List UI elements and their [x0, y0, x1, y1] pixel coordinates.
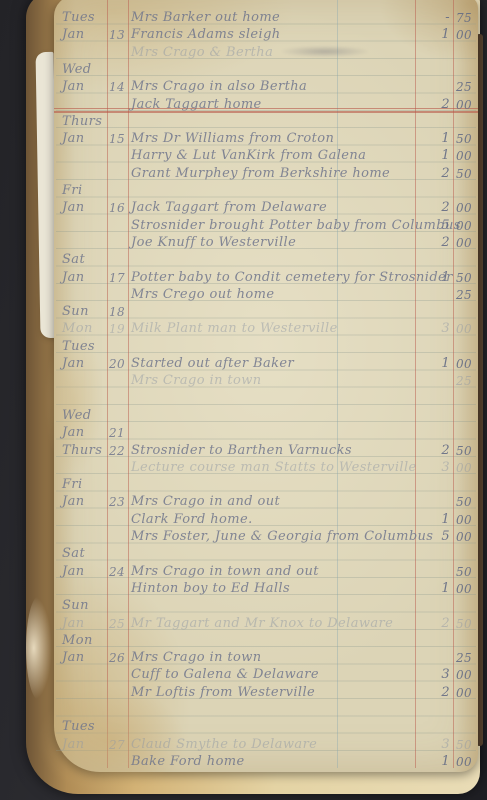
ledger-row: Jan 16 Jack Taggart from Delaware 2 00 — [54, 200, 478, 218]
amount-dollars: 2 — [418, 443, 450, 459]
amount-cents: 00 — [456, 200, 480, 216]
amount-dollars: 5 — [418, 218, 450, 234]
entry-day-number: 13 — [106, 27, 128, 43]
entry-day: Thurs — [62, 114, 108, 130]
amount-dollars: 1 — [418, 27, 450, 43]
amount-cents: 00 — [456, 235, 480, 251]
ledger-row: Jan 21 — [54, 425, 478, 443]
amount-cents: 00 — [456, 97, 480, 113]
entry-month: Jan — [62, 27, 108, 43]
ledger-row: Jan 23 Mrs Crago in and out 50 — [54, 494, 478, 512]
ledger-row: Jan 13 Francis Adams sleigh 1 00 — [54, 27, 478, 45]
amount-cents: 25 — [456, 79, 480, 95]
amount-cents: 50 — [456, 270, 480, 286]
amount-dollars: 2 — [418, 97, 450, 113]
entry-month: Jan — [62, 131, 108, 147]
ledger-row: Cuff to Galena & Delaware 3 00 — [54, 667, 478, 685]
ledger-row: Sat — [54, 252, 478, 270]
entry-text: Started out after Baker — [131, 356, 431, 372]
entry-month: Jan — [62, 356, 108, 372]
amount-cents: 50 — [456, 737, 480, 753]
ledger-page: Tues Mrs Barker out home - 75 Jan 13 Fra… — [54, 0, 478, 772]
ledger-row: Jan 14 Mrs Crago in also Bertha 25 — [54, 79, 478, 97]
ledger-row: Fri — [54, 477, 478, 495]
entry-month: Jan — [62, 616, 108, 632]
entry-day-number: 20 — [106, 356, 128, 372]
entry-day: Fri — [62, 477, 108, 493]
entry-text: Mrs Crago in and out — [131, 494, 431, 510]
worn-edge-patch — [26, 596, 52, 700]
ledger-row: Lecture course man Statts to Westerville… — [54, 460, 478, 478]
entry-text: Mr Loftis from Westerville — [131, 685, 431, 701]
ledger-row: Harry & Lut VanKirk from Galena 1 00 — [54, 148, 478, 166]
entry-text: Mrs Dr Williams from Croton — [131, 131, 431, 147]
ledger-row: Sun — [54, 598, 478, 616]
amount-cents: 00 — [456, 685, 480, 701]
amount-dollars: 1 — [418, 581, 450, 597]
amount-cents: 50 — [456, 131, 480, 147]
ledger-row: Wed — [54, 62, 478, 80]
ledger-row: Jan 15 Mrs Dr Williams from Croton 1 50 — [54, 131, 478, 149]
entry-text: Mrs Crego out home — [131, 287, 431, 303]
entry-text: Mrs Crago in town and out — [131, 564, 431, 580]
amount-cents: 00 — [456, 512, 480, 528]
entry-day: Tues — [62, 10, 108, 26]
entry-text: Hinton boy to Ed Halls — [131, 581, 431, 597]
amount-dollars: 2 — [418, 166, 450, 182]
amount-dollars: 2 — [418, 235, 450, 251]
ledger-row: Jan 26 Mrs Crago in town 25 — [54, 650, 478, 668]
amount-cents: 00 — [456, 754, 480, 770]
amount-dollars: 1 — [418, 270, 450, 286]
entry-day-number: 16 — [106, 200, 128, 216]
amount-cents: 00 — [456, 667, 480, 683]
amount-cents: 00 — [456, 529, 480, 545]
entry-text: Jack Taggart from Delaware — [131, 200, 431, 216]
entry-day-number: 23 — [106, 494, 128, 510]
amount-cents: 50 — [456, 494, 480, 510]
amount-dollars: 3 — [418, 460, 450, 476]
entry-text: Mrs Crago in town — [131, 650, 431, 666]
amount-dollars: - — [418, 10, 450, 26]
ledger-row: Mon 19 Milk Plant man to Westerville 3 0… — [54, 321, 478, 339]
ledger-row: Jan 25 Mr Taggart and Mr Knox to Delawar… — [54, 616, 478, 634]
ledger-row — [54, 702, 478, 720]
entry-day: Sun — [62, 304, 108, 320]
entry-day-number: 19 — [106, 321, 128, 337]
ledger-row: Sun 18 — [54, 304, 478, 322]
ledger-row: Wed — [54, 408, 478, 426]
ledger-row: Mr Loftis from Westerville 2 00 — [54, 685, 478, 703]
entry-text: Mrs Crago & Bertha — [131, 45, 431, 61]
entry-day-number: 15 — [106, 131, 128, 147]
ledger-row: Sat — [54, 546, 478, 564]
amount-dollars: 1 — [418, 131, 450, 147]
amount-cents: 75 — [456, 10, 480, 26]
entry-text: Francis Adams sleigh — [131, 27, 431, 43]
amount-cents: 25 — [456, 650, 480, 666]
entry-text: Harry & Lut VanKirk from Galena — [131, 148, 431, 164]
ledger-row: Hinton boy to Ed Halls 1 00 — [54, 581, 478, 599]
entry-text: Strosnider brought Potter baby from Colu… — [131, 218, 431, 234]
entry-month: Jan — [62, 200, 108, 216]
ledger-row: Mrs Crago & Bertha — [54, 45, 478, 63]
entry-month: Jan — [62, 564, 108, 580]
photo-background: Tues Mrs Barker out home - 75 Jan 13 Fra… — [0, 0, 487, 800]
entry-text: Lecture course man Statts to Westerville — [131, 460, 431, 476]
entry-text: Mrs Barker out home — [131, 10, 431, 26]
entry-month: Jan — [62, 737, 108, 753]
entry-day: Sat — [62, 546, 108, 562]
amount-dollars: 1 — [418, 754, 450, 770]
entry-month: Jan — [62, 270, 108, 286]
entry-text: Clark Ford home. — [131, 512, 431, 528]
entry-day-number: 27 — [106, 737, 128, 753]
entry-text: Jack Taggart home — [131, 97, 431, 113]
ledger-row: Bake Ford home 1 00 — [54, 754, 478, 772]
amount-cents: 50 — [456, 166, 480, 182]
ledger-row — [54, 391, 478, 409]
entry-text: Mrs Foster, June & Georgia from Columbus — [131, 529, 431, 545]
amount-cents: 50 — [456, 616, 480, 632]
amount-dollars: 3 — [418, 667, 450, 683]
ledger-row: Mon — [54, 633, 478, 651]
ledger-row: Tues — [54, 339, 478, 357]
ledger-row: Mrs Foster, June & Georgia from Columbus… — [54, 529, 478, 547]
entry-text: Mrs Crago in town — [131, 373, 431, 389]
amount-cents: 25 — [456, 373, 480, 389]
amount-dollars: 1 — [418, 512, 450, 528]
entry-text: Cuff to Galena & Delaware — [131, 667, 431, 683]
entry-text: Milk Plant man to Westerville — [131, 321, 431, 337]
entry-text: Grant Murphey from Berkshire home — [131, 166, 431, 182]
entry-day: Wed — [62, 408, 108, 424]
entry-month: Jan — [62, 79, 108, 95]
entry-day-number: 21 — [106, 425, 128, 441]
ledger-row: Fri — [54, 183, 478, 201]
ledger-row: Tues Mrs Barker out home - 75 — [54, 10, 478, 28]
amount-cents: 00 — [456, 356, 480, 372]
amount-cents: 25 — [456, 287, 480, 303]
entry-day: Sun — [62, 598, 108, 614]
entry-day: Sat — [62, 252, 108, 268]
ledger-row: Jan 24 Mrs Crago in town and out 50 — [54, 564, 478, 582]
amount-dollars: 2 — [418, 200, 450, 216]
amount-cents: 50 — [456, 443, 480, 459]
entry-day-number: 17 — [106, 270, 128, 286]
ledger-row: Grant Murphey from Berkshire home 2 50 — [54, 166, 478, 184]
ledger-row: Mrs Crago in town 25 — [54, 373, 478, 391]
ledger-row: Jan 17 Potter baby to Condit cemetery fo… — [54, 270, 478, 288]
amount-cents: 00 — [456, 460, 480, 476]
ledger-row: Jan 20 Started out after Baker 1 00 — [54, 356, 478, 374]
amount-cents: 00 — [456, 27, 480, 43]
entry-day-number: 14 — [106, 79, 128, 95]
amount-dollars: 2 — [418, 685, 450, 701]
amount-dollars: 3 — [418, 737, 450, 753]
ledger-row: Thurs 22 Strosnider to Barthen Varnucks … — [54, 443, 478, 461]
entry-day-number: 25 — [106, 616, 128, 632]
entry-day-number: 26 — [106, 650, 128, 666]
entry-text: Mr Taggart and Mr Knox to Delaware — [131, 616, 431, 632]
amount-dollars: 2 — [418, 616, 450, 632]
entry-day: Mon — [62, 321, 108, 337]
entry-day: Mon — [62, 633, 108, 649]
entry-day: Fri — [62, 183, 108, 199]
entry-text: Claud Smythe to Delaware — [131, 737, 431, 753]
amount-dollars: 3 — [418, 321, 450, 337]
entry-text: Joe Knuff to Westerville — [131, 235, 431, 251]
amount-dollars: 5 — [418, 529, 450, 545]
entry-text: Bake Ford home — [131, 754, 431, 770]
ledger-row: Clark Ford home. 1 00 — [54, 512, 478, 530]
entry-day-number: 18 — [106, 304, 128, 320]
ledger-row: Strosnider brought Potter baby from Colu… — [54, 218, 478, 236]
entry-day: Tues — [62, 339, 108, 355]
entry-text: Strosnider to Barthen Varnucks — [131, 443, 431, 459]
amount-dollars: 1 — [418, 148, 450, 164]
ledger-row: Thurs — [54, 114, 478, 132]
amount-cents: 00 — [456, 321, 480, 337]
entry-day: Thurs — [62, 443, 108, 459]
ledger-row: Joe Knuff to Westerville 2 00 — [54, 235, 478, 253]
amount-cents: 00 — [456, 218, 480, 234]
entry-day-number: 22 — [106, 443, 128, 459]
entry-month: Jan — [62, 425, 108, 441]
entry-day-number: 24 — [106, 564, 128, 580]
entry-text: Mrs Crago in also Bertha — [131, 79, 431, 95]
entry-month: Jan — [62, 494, 108, 510]
ledger-row: Tues — [54, 719, 478, 737]
entry-day: Wed — [62, 62, 108, 78]
ledger-row: Mrs Crego out home 25 — [54, 287, 478, 305]
ledger-row: Jack Taggart home 2 00 — [54, 97, 478, 115]
amount-dollars: 1 — [418, 356, 450, 372]
amount-cents: 00 — [456, 581, 480, 597]
entry-day: Tues — [62, 719, 108, 735]
entry-text: Potter baby to Condit cemetery for Stros… — [131, 270, 431, 286]
amount-cents: 50 — [456, 564, 480, 580]
amount-cents: 00 — [456, 148, 480, 164]
ledger-row: Jan 27 Claud Smythe to Delaware 3 50 — [54, 737, 478, 755]
entry-month: Jan — [62, 650, 108, 666]
